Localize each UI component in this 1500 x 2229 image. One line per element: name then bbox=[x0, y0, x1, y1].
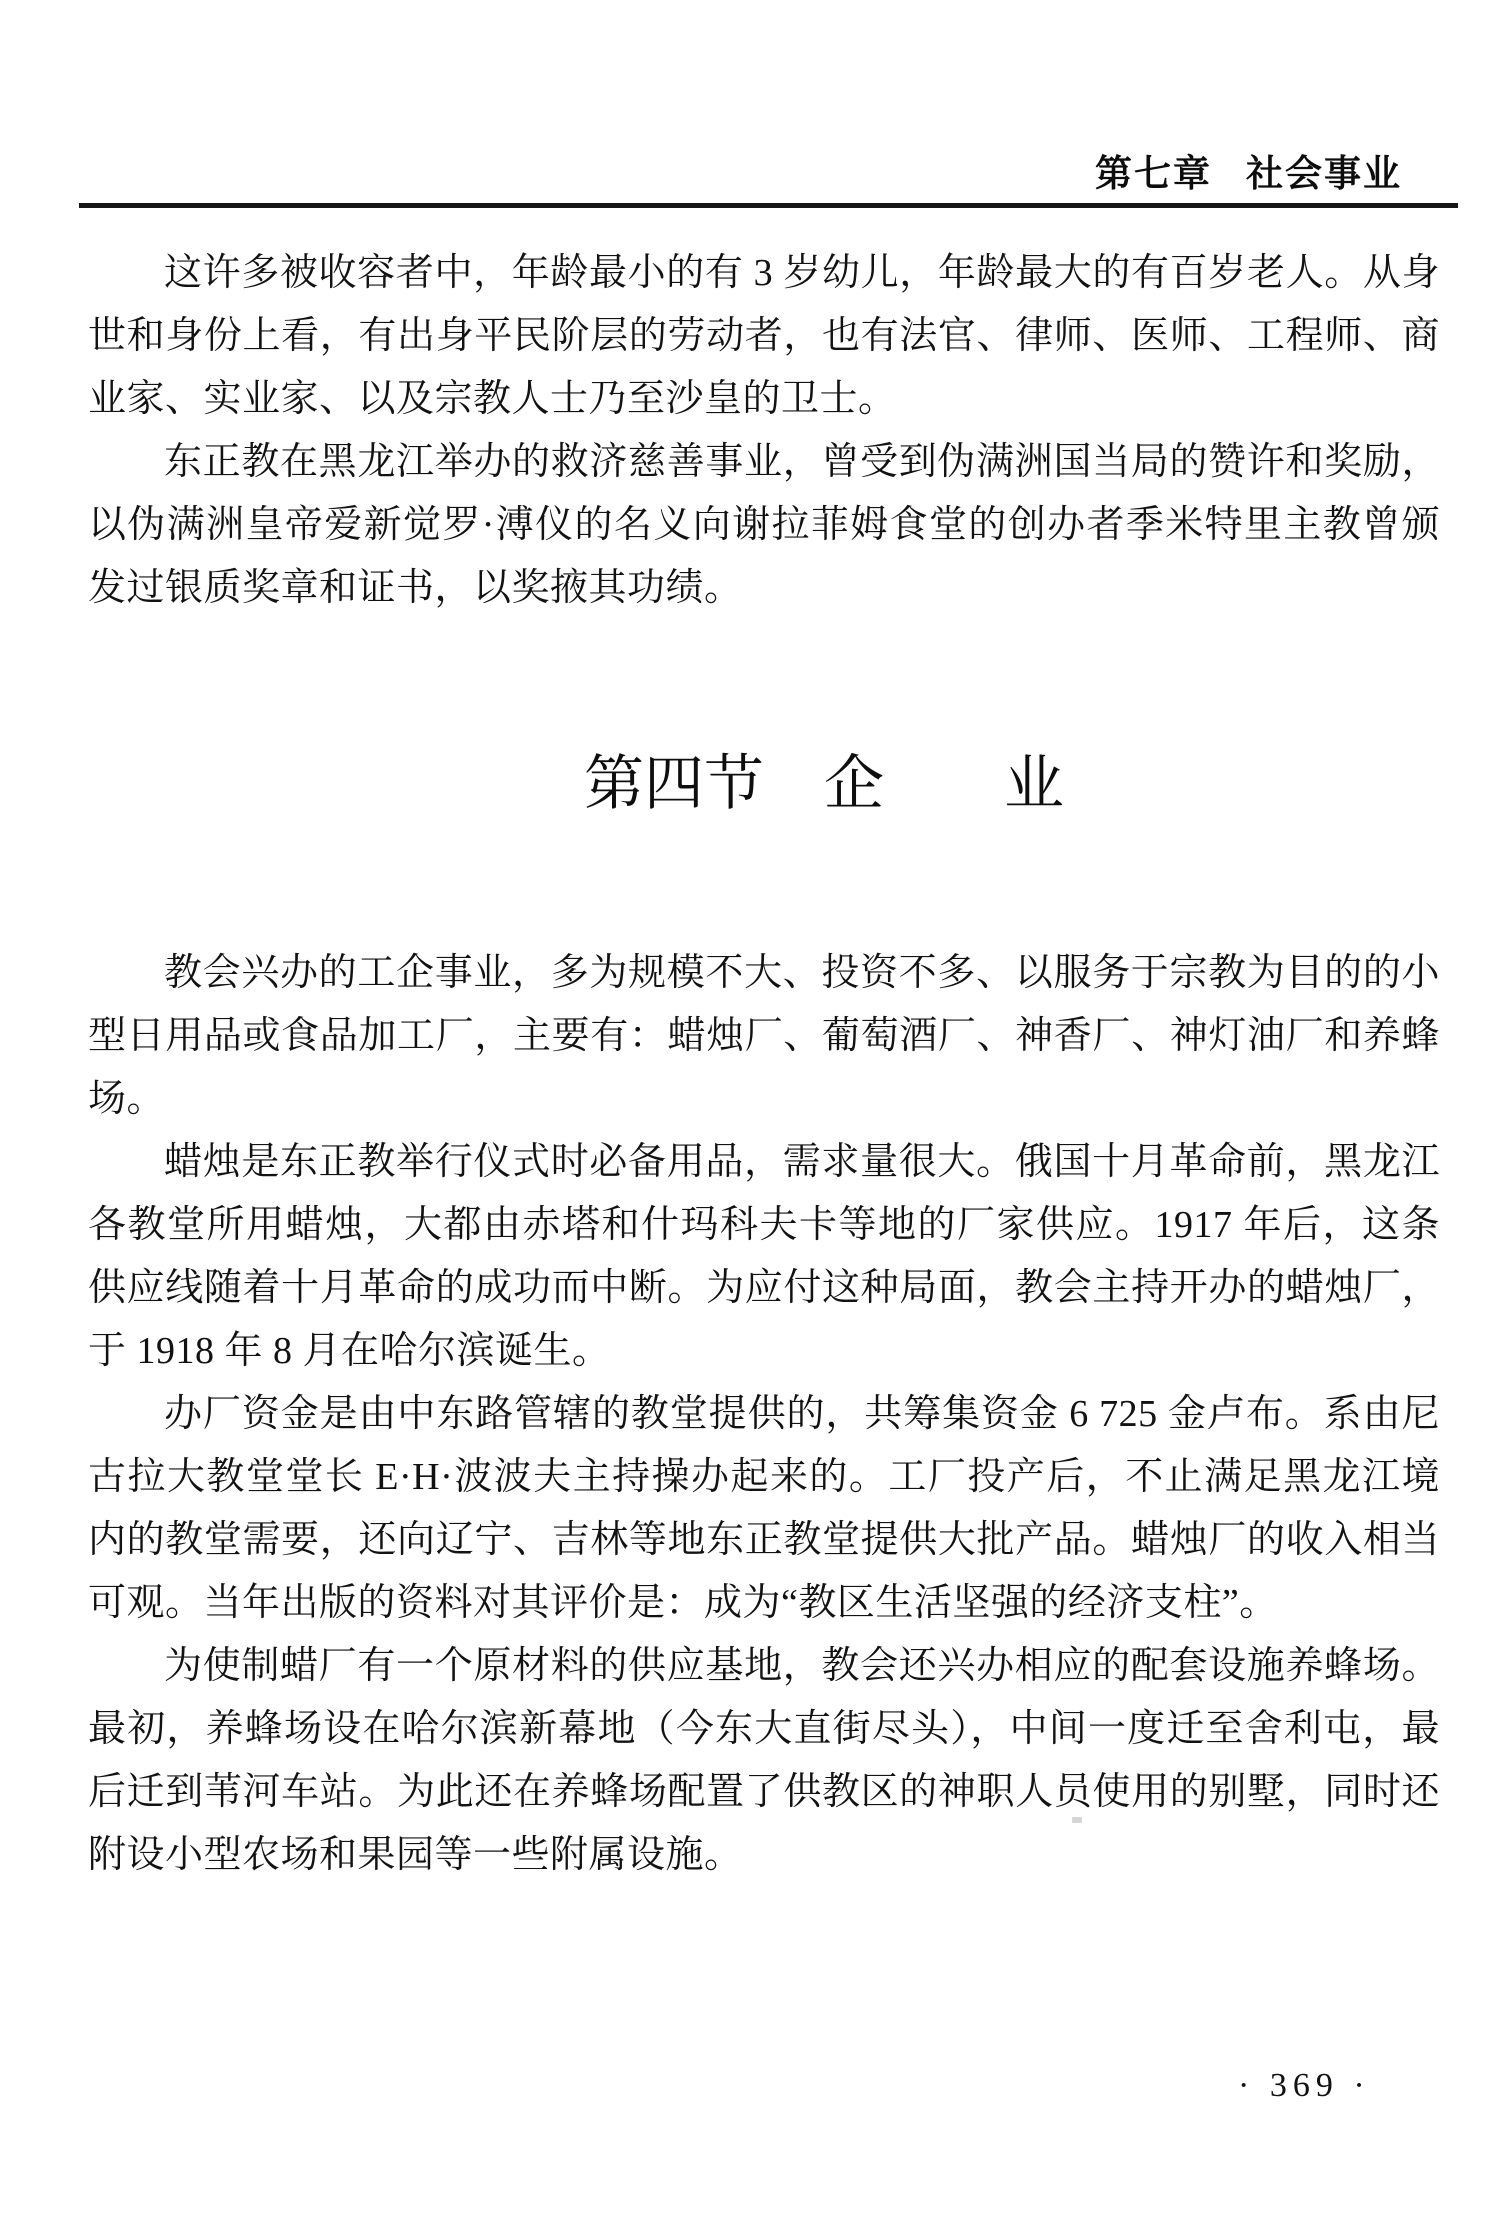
scan-artifact-speck bbox=[1072, 1817, 1082, 1823]
header-divider bbox=[79, 203, 1458, 208]
paragraph: 东正教在黑龙江举办的救济慈善事业，曾受到伪满洲国当局的赞许和奖励，以伪满洲皇帝爱… bbox=[88, 431, 1440, 620]
page-number: · 369 · bbox=[1238, 2064, 1371, 2108]
running-head-title: 社会事业 bbox=[1246, 153, 1402, 194]
paragraph: 蜡烛是东正教举行仪式时必备用品，需求量很大。俄国十月革命前，黑龙江各教堂所用蜡烛… bbox=[88, 1131, 1440, 1383]
running-head-chapter: 第七章 bbox=[1095, 153, 1212, 194]
body-text: 这许多被收容者中，年龄最小的有 3 岁幼儿，年龄最大的有百岁老人。从身世和身份上… bbox=[88, 242, 1440, 1887]
page-content: 第七章社会事业 这许多被收容者中，年龄最小的有 3 岁幼儿，年龄最大的有百岁老人… bbox=[88, 152, 1440, 1887]
book-page: 第七章社会事业 这许多被收容者中，年龄最小的有 3 岁幼儿，年龄最大的有百岁老人… bbox=[0, 0, 1500, 2229]
paragraph: 为使制蜡厂有一个原材料的供应基地，教会还兴办相应的配套设施养蜂场。最初，养蜂场设… bbox=[88, 1635, 1440, 1887]
paragraph: 教会兴办的工企事业，多为规模不大、投资不多、以服务于宗教为目的的小型日用品或食品… bbox=[88, 942, 1440, 1131]
running-head: 第七章社会事业 bbox=[88, 152, 1440, 196]
paragraph: 这许多被收容者中，年龄最小的有 3 岁幼儿，年龄最大的有百岁老人。从身世和身份上… bbox=[88, 242, 1440, 431]
section-heading-name: 企 业 bbox=[824, 751, 1064, 817]
section-heading: 第四节企 业 bbox=[88, 676, 1440, 892]
paragraph: 办厂资金是由中东路管辖的教堂提供的，共筹集资金 6 725 金卢布。系由尼古拉大… bbox=[88, 1383, 1440, 1635]
section-heading-label: 第四节 bbox=[584, 751, 764, 817]
